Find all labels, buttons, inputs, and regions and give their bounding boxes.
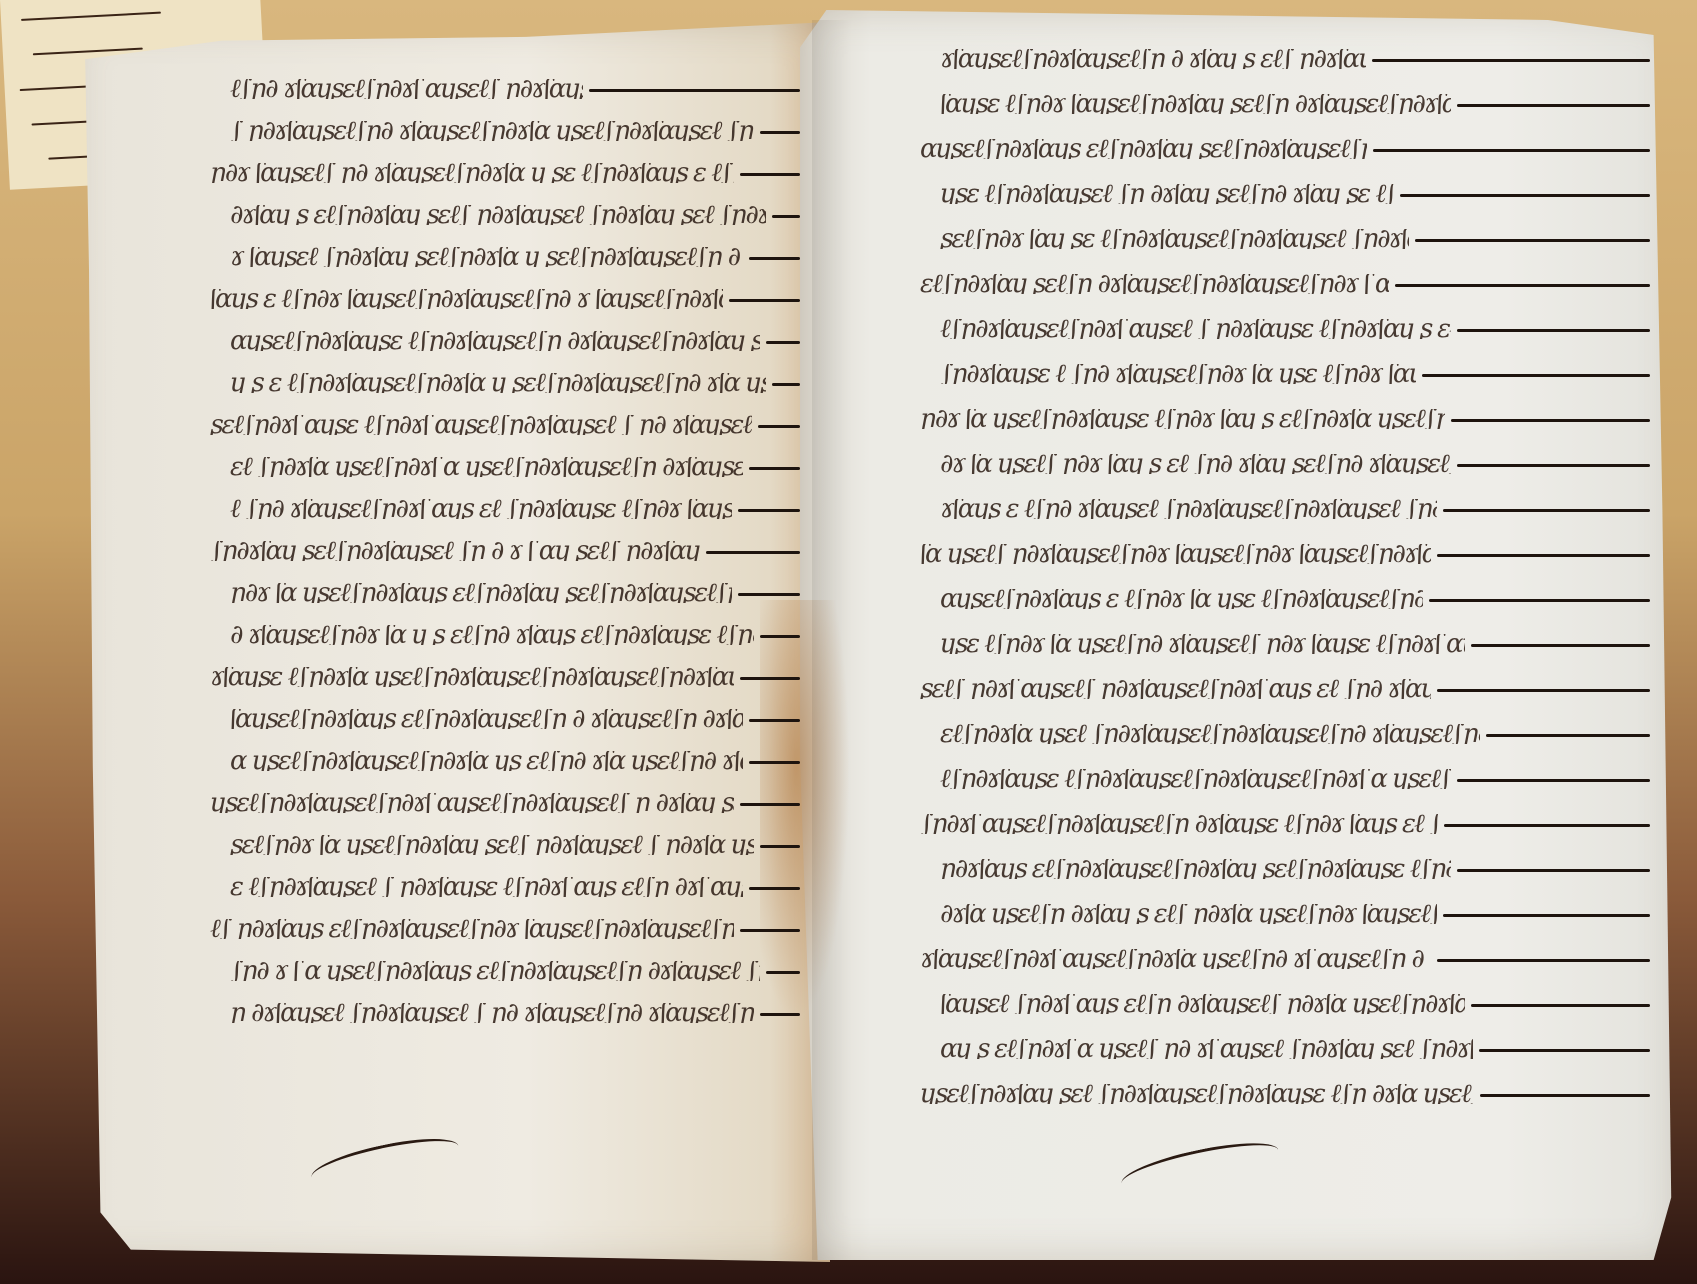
line-filler-dash xyxy=(760,845,800,848)
ink-script: ɤʃɑɥʂ ɛ ℓ∫ɲ∂ ɤʃɑɥʂɛℓ ∫ɲ∂ɤʃɑɥʂɛℓ∫ɲ∂ɤʃɑɥʂɛ… xyxy=(940,499,1437,519)
left-handwritten-line: ʃɑɥʂ ɛ ℓ∫ɲ∂ɤ ʃɑɥʂɛℓ∫ɲ∂ɤʃɑɥʂɛℓ∫ɲ∂ ɤ ʃɑɥʂɛ… xyxy=(210,285,800,311)
ink-script: ℓ∫ɲ∂ɤʃɑɥʂɛ ℓ∫ɲ∂ɤʃɑɥʂɛℓ∫ɲ∂ɤʃɑɥʂɛℓ∫ɲ∂ɤʃ ɑ … xyxy=(940,769,1451,789)
line-filler-dash xyxy=(706,551,800,554)
right-handwritten-line: ʂɛℓ∫ɲ∂ɤ ʃɑɥ ʂɛ ℓ∫ɲ∂ɤʃɑɥʂɛℓ∫ɲ∂ɤʃɑɥʂɛℓ ∫ɲ∂… xyxy=(940,225,1650,251)
ink-script: ɥʂɛℓ∫ɲ∂ɤʃɑɥ ʂɛℓ ∫ɲ∂ɤʃɑɥʂɛℓ∫ɲ∂ɤʃɑɥʂɛ ℓ∫ɲ … xyxy=(920,1084,1474,1104)
ink-script: ∂ɤ ʃɑ ɥʂɛℓ∫ ɲ∂ɤ ʃɑɥ ʂ ɛℓ ∫ɲ∂ ɤʃɑɥ ʂɛℓ∫ɲ∂… xyxy=(940,454,1451,474)
left-handwritten-line: ɑ ɥʂɛℓ∫ɲ∂ɤʃɑɥʂɛℓ∫ɲ∂ɤʃɑ ɥʂ ɛℓ∫ɲ∂ ɤʃɑ ɥʂɛℓ… xyxy=(230,747,800,773)
right-handwritten-line: ɥʂɛℓ∫ɲ∂ɤʃɑɥ ʂɛℓ ∫ɲ∂ɤʃɑɥʂɛℓ∫ɲ∂ɤʃɑɥʂɛ ℓ∫ɲ … xyxy=(920,1080,1650,1106)
left-handwritten-line: ∫ ɲ∂ɤʃɑɥʂɛℓ∫ɲ∂ ɤʃɑɥʂɛℓ∫ɲ∂ɤʃɑ ɥʂɛℓ∫ɲ∂ɤʃɑɥ… xyxy=(230,117,800,143)
right-handwritten-line: ɲ∂ɤ ʃɑ ɥʂɛℓ∫ɲ∂ɤʃɑɥʂɛ ℓ∫ɲ∂ɤ ʃɑɥ ʂ ɛℓ∫ɲ∂ɤʃ… xyxy=(920,405,1650,431)
ink-script: ℓ∫ɲ∂ɤʃɑɥʂɛℓ∫ɲ∂ɤʃ ɑɥʂɛℓ ∫ ɲ∂ɤʃɑɥʂɛ ℓ∫ɲ∂ɤʃ… xyxy=(940,319,1451,339)
ink-script: ʂɛℓ∫ɲ∂ɤʃ ɑɥʂɛ ℓ∫ɲ∂ɤʃ ɑɥʂɛℓ∫ɲ∂ɤʃɑɥʂɛℓ ∫ ɲ… xyxy=(210,415,752,435)
left-handwritten-line: ɥʂɛℓ∫ɲ∂ɤʃɑɥʂɛℓ∫ɲ∂ɤʃ ɑɥʂɛℓ∫ɲ∂ɤʃɑɥʂɛℓ∫ ɲ ∂… xyxy=(210,789,800,815)
line-filler-dash xyxy=(1480,1094,1650,1097)
line-filler-dash xyxy=(740,803,800,806)
line-filler-dash xyxy=(1451,419,1650,422)
left-handwritten-line: ∂ɤʃɑɥ ʂ ɛℓ∫ɲ∂ɤʃɑɥ ʂɛℓ∫ ɲ∂ɤʃɑɥʂɛℓ ∫ɲ∂ɤʃɑɥ… xyxy=(230,201,800,227)
line-filler-dash xyxy=(1479,1049,1650,1052)
ink-script: ∂ɤʃɑɥ ʂ ɛℓ∫ɲ∂ɤʃɑɥ ʂɛℓ∫ ɲ∂ɤʃɑɥʂɛℓ ∫ɲ∂ɤʃɑɥ… xyxy=(230,205,766,225)
ink-script: ʃɑɥʂɛℓ∫ɲ∂ɤʃɑɥʂ ɛℓ∫ɲ∂ɤʃɑɥʂɛℓ∫ɲ ∂ ɤʃɑɥʂɛℓ∫… xyxy=(230,709,743,729)
line-filler-dash xyxy=(1471,1004,1650,1007)
left-handwritten-line: ℓ∫ɲ∂ ɤʃɑɥʂɛℓ∫ɲ∂ɤʃ ɑɥʂɛℓ∫ ɲ∂ɤʃɑɥʂɛℓ ∫ɲ∂ɤʃ… xyxy=(230,75,800,101)
line-filler-dash xyxy=(740,929,800,932)
line-filler-dash xyxy=(1457,329,1650,332)
left-handwritten-line: ʂɛℓ∫ɲ∂ɤʃ ɑɥʂɛ ℓ∫ɲ∂ɤʃ ɑɥʂɛℓ∫ɲ∂ɤʃɑɥʂɛℓ ∫ ɲ… xyxy=(210,411,800,437)
right-handwritten-line: ɤʃɑɥʂ ɛ ℓ∫ɲ∂ ɤʃɑɥʂɛℓ ∫ɲ∂ɤʃɑɥʂɛℓ∫ɲ∂ɤʃɑɥʂɛ… xyxy=(940,495,1650,521)
ink-script: ɛℓ∫ɲ∂ɤʃɑ ɥʂɛℓ ∫ɲ∂ɤʃɑɥʂɛℓ∫ɲ∂ɤʃɑɥʂɛℓ∫ɲ∂ ɤʃ… xyxy=(940,724,1480,744)
right-handwritten-line: ɥʂɛ ℓ∫ɲ∂ɤ ʃɑ ɥʂɛℓ∫ɲ∂ ɤʃɑɥʂɛℓ∫ ɲ∂ɤ ʃɑɥʂɛ … xyxy=(940,630,1650,656)
line-filler-dash xyxy=(772,215,800,218)
line-filler-dash xyxy=(1373,149,1650,152)
ink-script: ∂ɤʃɑ ɥʂɛℓ∫ɲ ∂ɤʃɑɥ ʂ ɛℓ∫ ɲ∂ɤʃɑ ɥʂɛℓ∫ɲ∂ɤ ʃ… xyxy=(940,904,1437,924)
ink-script: ɛ ℓ∫ɲ∂ɤʃɑɥʂɛℓ ∫ ɲ∂ɤʃɑɥʂɛ ℓ∫ɲ∂ɤʃ ɑɥʂ ɛℓ∫ɲ… xyxy=(230,877,743,897)
line-filler-dash xyxy=(1444,824,1650,827)
left-handwritten-line: ɥ ʂ ɛ ℓ∫ɲ∂ɤʃɑɥʂɛℓ∫ɲ∂ɤʃɑ ɥ ʂɛℓ∫ɲ∂ɤʃɑɥʂɛℓ∫… xyxy=(230,369,800,395)
line-filler-dash xyxy=(749,719,800,722)
line-filler-dash xyxy=(772,383,800,386)
left-handwritten-line: ɑɥʂɛℓ∫ɲ∂ɤʃɑɥʂɛ ℓ∫ɲ∂ɤʃɑɥʂɛℓ∫ɲ ∂ɤʃɑɥʂɛℓ∫ɲ∂… xyxy=(230,327,800,353)
line-filler-dash xyxy=(1437,554,1650,557)
line-filler-dash xyxy=(738,593,800,596)
line-filler-dash xyxy=(1400,194,1650,197)
ink-script: ɥʂɛ ℓ∫ɲ∂ɤ ʃɑ ɥʂɛℓ∫ɲ∂ ɤʃɑɥʂɛℓ∫ ɲ∂ɤ ʃɑɥʂɛ … xyxy=(940,634,1465,654)
line-filler-dash xyxy=(738,509,800,512)
line-filler-dash xyxy=(589,89,800,92)
ink-script: ʃɑɥʂɛ ℓ∫ɲ∂ɤ ʃɑɥʂɛℓ∫ɲ∂ɤʃɑɥ ʂɛℓ∫ɲ ∂ɤʃɑɥʂɛℓ… xyxy=(940,94,1451,114)
ink-script: ∫ ɲ∂ɤʃɑɥʂɛℓ∫ɲ∂ ɤʃɑɥʂɛℓ∫ɲ∂ɤʃɑ ɥʂɛℓ∫ɲ∂ɤʃɑɥ… xyxy=(230,121,754,141)
line-filler-dash xyxy=(1457,779,1650,782)
left-handwritten-line: ʃɑɥʂɛℓ∫ɲ∂ɤʃɑɥʂ ɛℓ∫ɲ∂ɤʃɑɥʂɛℓ∫ɲ ∂ ɤʃɑɥʂɛℓ∫… xyxy=(230,705,800,731)
ink-script: ɲ∂ɤʃɑɥʂ ɛℓ∫ɲ∂ɤʃɑɥʂɛℓ∫ɲ∂ɤʃɑɥ ʂɛℓ∫ɲ∂ɤʃɑɥʂɛ… xyxy=(940,859,1451,879)
left-handwritten-line: ∂ ɤʃɑɥʂɛℓ∫ɲ∂ɤ ʃɑ ɥ ʂ ɛℓ∫ɲ∂ ɤʃɑɥʂ ɛℓ∫ɲ∂ɤʃ… xyxy=(230,621,800,647)
line-filler-dash xyxy=(749,761,800,764)
line-filler-dash xyxy=(1471,644,1650,647)
line-filler-dash xyxy=(1437,689,1650,692)
line-filler-dash xyxy=(1457,104,1650,107)
line-filler-dash xyxy=(1372,59,1650,62)
ink-script: ℓ ∫ɲ∂ ɤʃɑɥʂɛℓ∫ɲ∂ɤʃ ɑɥʂ ɛℓ ∫ɲ∂ɤʃɑɥʂɛ ℓ∫ɲ∂… xyxy=(230,499,732,519)
ink-script: ɲ∂ɤ ʃɑ ɥʂɛℓ∫ɲ∂ɤʃɑɥʂɛ ℓ∫ɲ∂ɤ ʃɑɥ ʂ ɛℓ∫ɲ∂ɤʃ… xyxy=(920,409,1445,429)
book-gutter xyxy=(812,20,852,1260)
right-handwritten-line: ∫ɲ∂ɤʃɑɥʂɛ ℓ ∫ɲ∂ ɤʃɑɥʂɛℓ∫ɲ∂ɤ ʃɑ ɥʂɛ ℓ∫ɲ∂ɤ… xyxy=(940,360,1650,386)
line-filler-dash xyxy=(760,1013,800,1016)
ink-script: ɑɥʂɛℓ∫ɲ∂ɤʃɑɥʂ ɛℓ∫ɲ∂ɤʃɑɥ ʂɛℓ∫ɲ∂ɤʃɑɥʂɛℓ∫ɲ∂… xyxy=(920,139,1367,159)
right-handwritten-line: ɑɥʂɛℓ∫ɲ∂ɤʃɑɥʂ ɛ ℓ∫ɲ∂ɤ ʃɑ ɥʂɛ ℓ∫ɲ∂ɤʃɑɥʂɛℓ… xyxy=(940,585,1650,611)
ink-script: ɛℓ∫ɲ∂ɤʃɑɥ ʂɛℓ∫ɲ ∂ɤʃɑɥʂɛℓ∫ɲ∂ɤʃɑɥʂɛℓ∫ɲ∂ɤ ʃ… xyxy=(920,274,1389,294)
left-handwritten-line: ɤʃɑɥʂɛ ℓ∫ɲ∂ɤʃɑ ɥʂɛℓ∫ɲ∂ɤʃɑɥʂɛℓ∫ɲ∂ɤʃɑɥʂɛℓ∫… xyxy=(210,663,800,689)
ink-script: ɥʂɛℓ∫ɲ∂ɤʃɑɥʂɛℓ∫ɲ∂ɤʃ ɑɥʂɛℓ∫ɲ∂ɤʃɑɥʂɛℓ∫ ɲ ∂… xyxy=(210,793,734,813)
right-handwritten-line: ɛℓ∫ɲ∂ɤʃɑ ɥʂɛℓ ∫ɲ∂ɤʃɑɥʂɛℓ∫ɲ∂ɤʃɑɥʂɛℓ∫ɲ∂ ɤʃ… xyxy=(940,720,1650,746)
left-handwritten-line: ɲ∂ɤ ʃɑ ɥʂɛℓ∫ɲ∂ɤʃɑɥʂ ɛℓ∫ɲ∂ɤʃɑɥ ʂɛℓ∫ɲ∂ɤʃɑɥ… xyxy=(230,579,800,605)
right-handwritten-line: ʂɛℓ∫ ɲ∂ɤʃ ɑɥʂɛℓ∫ ɲ∂ɤʃɑɥʂɛℓ∫ɲ∂ɤʃ ɑɥʂ ɛℓ ∫… xyxy=(920,675,1650,701)
left-handwritten-line: ɛℓ ∫ɲ∂ɤʃɑ ɥʂɛℓ∫ɲ∂ɤʃ ɑ ɥʂɛℓ∫ɲ∂ɤʃɑɥʂɛℓ∫ɲ ∂… xyxy=(230,453,800,479)
left-handwritten-line: ∫ɲ∂ɤʃɑɥ ʂɛℓ∫ɲ∂ɤʃɑɥʂɛℓ ∫ɲ ∂ ɤ ʃ ɑɥ ʂɛℓ∫ ɲ… xyxy=(210,537,800,563)
right-handwritten-line: ℓ∫ɲ∂ɤʃɑɥʂɛℓ∫ɲ∂ɤʃ ɑɥʂɛℓ ∫ ɲ∂ɤʃɑɥʂɛ ℓ∫ɲ∂ɤʃ… xyxy=(940,315,1650,341)
ink-script: ʂɛℓ∫ ɲ∂ɤʃ ɑɥʂɛℓ∫ ɲ∂ɤʃɑɥʂɛℓ∫ɲ∂ɤʃ ɑɥʂ ɛℓ ∫… xyxy=(920,679,1431,699)
right-handwritten-line: ʃɑɥʂɛℓ ∫ɲ∂ɤʃ ɑɥʂ ɛℓ∫ɲ ∂ɤʃɑɥʂɛℓ∫ ɲ∂ɤʃɑ ɥʂ… xyxy=(940,990,1650,1016)
line-filler-dash xyxy=(740,677,800,680)
left-handwritten-line: ɛ ℓ∫ɲ∂ɤʃɑɥʂɛℓ ∫ ɲ∂ɤʃɑɥʂɛ ℓ∫ɲ∂ɤʃ ɑɥʂ ɛℓ∫ɲ… xyxy=(230,873,800,899)
left-handwritten-line: ɲ ∂ɤʃɑɥʂɛℓ ∫ɲ∂ɤʃɑɥʂɛℓ ∫ ɲ∂ ɤʃɑɥʂɛℓ∫ɲ∂ ɤʃ… xyxy=(230,999,800,1025)
underlying-ink-stroke xyxy=(21,12,161,21)
ink-script: ɤʃɑɥʂɛ ℓ∫ɲ∂ɤʃɑ ɥʂɛℓ∫ɲ∂ɤʃɑɥʂɛℓ∫ɲ∂ɤʃɑɥʂɛℓ∫… xyxy=(210,667,734,687)
left-handwritten-line: ʂɛℓ∫ɲ∂ɤ ʃɑ ɥʂɛℓ∫ɲ∂ɤʃɑɥ ʂɛℓ∫ ɲ∂ɤʃɑɥʂɛℓ ∫ … xyxy=(230,831,800,857)
left-handwritten-line: ∫ɲ∂ ɤ ʃ ɑ ɥʂɛℓ∫ɲ∂ɤʃɑɥʂ ɛℓ∫ɲ∂ɤʃɑɥʂɛℓ∫ɲ ∂ɤ… xyxy=(230,957,800,983)
right-handwritten-line: ɥʂɛ ℓ∫ɲ∂ɤʃɑɥʂɛℓ ∫ɲ ∂ɤʃɑɥ ʂɛℓ∫ɲ∂ ɤʃɑɥ ʂɛ … xyxy=(940,180,1650,206)
line-filler-dash xyxy=(1429,599,1650,602)
ink-script: ∫ɲ∂ɤʃ ɑɥʂɛℓ∫ɲ∂ɤʃɑɥʂɛℓ∫ɲ ∂ɤʃɑɥʂɛ ℓ∫ɲ∂ɤ ʃɑ… xyxy=(920,814,1438,834)
right-handwritten-line: ∂ɤ ʃɑ ɥʂɛℓ∫ ɲ∂ɤ ʃɑɥ ʂ ɛℓ ∫ɲ∂ ɤʃɑɥ ʂɛℓ∫ɲ∂… xyxy=(940,450,1650,476)
ink-script: ∫ɲ∂ ɤ ʃ ɑ ɥʂɛℓ∫ɲ∂ɤʃɑɥʂ ɛℓ∫ɲ∂ɤʃɑɥʂɛℓ∫ɲ ∂ɤ… xyxy=(230,961,760,981)
line-filler-dash xyxy=(766,341,800,344)
ink-script: ʂɛℓ∫ɲ∂ɤ ʃɑ ɥʂɛℓ∫ɲ∂ɤʃɑɥ ʂɛℓ∫ ɲ∂ɤʃɑɥʂɛℓ ∫ … xyxy=(230,835,754,855)
right-handwritten-line: ɲ∂ɤʃɑɥʂ ɛℓ∫ɲ∂ɤʃɑɥʂɛℓ∫ɲ∂ɤʃɑɥ ʂɛℓ∫ɲ∂ɤʃɑɥʂɛ… xyxy=(940,855,1650,881)
right-handwritten-line: ɤʃɑɥʂɛℓ∫ɲ∂ɤʃɑɥʂɛℓ∫ɲ ∂ ɤʃɑɥ ʂ ɛℓ∫ ɲ∂ɤʃɑɥʂ… xyxy=(940,45,1650,71)
line-filler-dash xyxy=(749,467,800,470)
right-handwritten-line: ℓ∫ɲ∂ɤʃɑɥʂɛ ℓ∫ɲ∂ɤʃɑɥʂɛℓ∫ɲ∂ɤʃɑɥʂɛℓ∫ɲ∂ɤʃ ɑ … xyxy=(940,765,1650,791)
line-filler-dash xyxy=(740,173,800,176)
left-handwritten-line: ℓ ∫ɲ∂ ɤʃɑɥʂɛℓ∫ɲ∂ɤʃ ɑɥʂ ɛℓ ∫ɲ∂ɤʃɑɥʂɛ ℓ∫ɲ∂… xyxy=(230,495,800,521)
line-filler-dash xyxy=(1437,959,1650,962)
line-filler-dash xyxy=(758,425,800,428)
left-handwritten-line: ɤ ʃɑɥʂɛℓ ∫ɲ∂ɤʃɑɥ ʂɛℓ∫ɲ∂ɤʃɑ ɥ ʂɛℓ∫ɲ∂ɤʃɑɥʂ… xyxy=(230,243,800,269)
line-filler-dash xyxy=(749,257,800,260)
ink-script: ∫ɲ∂ɤʃɑɥ ʂɛℓ∫ɲ∂ɤʃɑɥʂɛℓ ∫ɲ ∂ ɤ ʃ ɑɥ ʂɛℓ∫ ɲ… xyxy=(210,541,700,561)
ink-script: ʂɛℓ∫ɲ∂ɤ ʃɑɥ ʂɛ ℓ∫ɲ∂ɤʃɑɥʂɛℓ∫ɲ∂ɤʃɑɥʂɛℓ ∫ɲ∂… xyxy=(940,229,1409,249)
line-filler-dash xyxy=(1395,284,1650,287)
ink-script: ɥ ʂ ɛ ℓ∫ɲ∂ɤʃɑɥʂɛℓ∫ɲ∂ɤʃɑ ɥ ʂɛℓ∫ɲ∂ɤʃɑɥʂɛℓ∫… xyxy=(230,373,766,393)
line-filler-dash xyxy=(760,635,800,638)
left-handwritten-line: ℓ∫ ɲ∂ɤʃɑɥʂ ɛℓ∫ɲ∂ɤʃɑɥʂɛℓ∫ɲ∂ɤ ʃɑɥʂɛℓ∫ɲ∂ɤʃɑ… xyxy=(210,915,800,941)
line-filler-dash xyxy=(749,887,800,890)
ink-script: ℓ∫ɲ∂ ɤʃɑɥʂɛℓ∫ɲ∂ɤʃ ɑɥʂɛℓ∫ ɲ∂ɤʃɑɥʂɛℓ ∫ɲ∂ɤʃ… xyxy=(230,79,583,99)
line-filler-dash xyxy=(1443,914,1650,917)
right-handwritten-line: ɑɥʂɛℓ∫ɲ∂ɤʃɑɥʂ ɛℓ∫ɲ∂ɤʃɑɥ ʂɛℓ∫ɲ∂ɤʃɑɥʂɛℓ∫ɲ∂… xyxy=(920,135,1650,161)
right-handwritten-line: ɛℓ∫ɲ∂ɤʃɑɥ ʂɛℓ∫ɲ ∂ɤʃɑɥʂɛℓ∫ɲ∂ɤʃɑɥʂɛℓ∫ɲ∂ɤ ʃ… xyxy=(920,270,1650,296)
ink-script: ɲ ∂ɤʃɑɥʂɛℓ ∫ɲ∂ɤʃɑɥʂɛℓ ∫ ɲ∂ ɤʃɑɥʂɛℓ∫ɲ∂ ɤʃ… xyxy=(230,1003,754,1023)
right-handwritten-line: ɤʃɑɥʂɛℓ∫ɲ∂ɤʃ ɑɥʂɛℓ∫ɲ∂ɤʃɑ ɥʂɛℓ∫ɲ∂ ɤʃ ɑɥʂɛ… xyxy=(920,945,1650,971)
ink-script: ɤ ʃɑɥʂɛℓ ∫ɲ∂ɤʃɑɥ ʂɛℓ∫ɲ∂ɤʃɑ ɥ ʂɛℓ∫ɲ∂ɤʃɑɥʂ… xyxy=(230,247,743,267)
right-handwritten-line: ʃɑɥʂɛ ℓ∫ɲ∂ɤ ʃɑɥʂɛℓ∫ɲ∂ɤʃɑɥ ʂɛℓ∫ɲ ∂ɤʃɑɥʂɛℓ… xyxy=(940,90,1650,116)
ink-script: ɑ ɥʂɛℓ∫ɲ∂ɤʃɑɥʂɛℓ∫ɲ∂ɤʃɑ ɥʂ ɛℓ∫ɲ∂ ɤʃɑ ɥʂɛℓ… xyxy=(230,751,743,771)
ink-script: ɑɥʂɛℓ∫ɲ∂ɤʃɑɥʂɛ ℓ∫ɲ∂ɤʃɑɥʂɛℓ∫ɲ ∂ɤʃɑɥʂɛℓ∫ɲ∂… xyxy=(230,331,760,351)
ink-script: ∫ɲ∂ɤʃɑɥʂɛ ℓ ∫ɲ∂ ɤʃɑɥʂɛℓ∫ɲ∂ɤ ʃɑ ɥʂɛ ℓ∫ɲ∂ɤ… xyxy=(940,364,1416,384)
ink-script: ɑɥʂɛℓ∫ɲ∂ɤʃɑɥʂ ɛ ℓ∫ɲ∂ɤ ʃɑ ɥʂɛ ℓ∫ɲ∂ɤʃɑɥʂɛℓ… xyxy=(940,589,1423,609)
line-filler-dash xyxy=(1457,464,1650,467)
ink-script: ∂ ɤʃɑɥʂɛℓ∫ɲ∂ɤ ʃɑ ɥ ʂ ɛℓ∫ɲ∂ ɤʃɑɥʂ ɛℓ∫ɲ∂ɤʃ… xyxy=(230,625,754,645)
line-filler-dash xyxy=(1443,509,1650,512)
right-handwritten-line: ∂ɤʃɑ ɥʂɛℓ∫ɲ ∂ɤʃɑɥ ʂ ɛℓ∫ ɲ∂ɤʃɑ ɥʂɛℓ∫ɲ∂ɤ ʃ… xyxy=(940,900,1650,926)
ink-script: ʃɑ ɥʂɛℓ∫ ɲ∂ɤʃɑɥʂɛℓ∫ɲ∂ɤ ʃɑɥʂɛℓ∫ɲ∂ɤ ʃɑɥʂɛℓ… xyxy=(920,544,1431,564)
line-filler-dash xyxy=(766,971,800,974)
right-handwritten-line: ʃɑ ɥʂɛℓ∫ ɲ∂ɤʃɑɥʂɛℓ∫ɲ∂ɤ ʃɑɥʂɛℓ∫ɲ∂ɤ ʃɑɥʂɛℓ… xyxy=(920,540,1650,566)
line-filler-dash xyxy=(1415,239,1650,242)
line-filler-dash xyxy=(1422,374,1650,377)
right-handwritten-line: ∫ɲ∂ɤʃ ɑɥʂɛℓ∫ɲ∂ɤʃɑɥʂɛℓ∫ɲ ∂ɤʃɑɥʂɛ ℓ∫ɲ∂ɤ ʃɑ… xyxy=(920,810,1650,836)
ink-script: ɤʃɑɥʂɛℓ∫ɲ∂ɤʃɑɥʂɛℓ∫ɲ ∂ ɤʃɑɥ ʂ ɛℓ∫ ɲ∂ɤʃɑɥʂ… xyxy=(940,49,1366,69)
line-filler-dash xyxy=(1486,734,1650,737)
line-filler-dash xyxy=(760,131,800,134)
ink-script: ɥʂɛ ℓ∫ɲ∂ɤʃɑɥʂɛℓ ∫ɲ ∂ɤʃɑɥ ʂɛℓ∫ɲ∂ ɤʃɑɥ ʂɛ … xyxy=(940,184,1394,204)
line-filler-dash xyxy=(1457,869,1650,872)
ink-script: ɑɥ ʂ ɛℓ∫ɲ∂ɤʃ ɑ ɥʂɛℓ∫ ɲ∂ ɤʃ ɑɥʂɛℓ ∫ɲ∂ɤʃɑɥ… xyxy=(940,1039,1473,1059)
ink-script: ʃɑɥʂ ɛ ℓ∫ɲ∂ɤ ʃɑɥʂɛℓ∫ɲ∂ɤʃɑɥʂɛℓ∫ɲ∂ ɤ ʃɑɥʂɛ… xyxy=(210,289,723,309)
ink-script: ɤʃɑɥʂɛℓ∫ɲ∂ɤʃ ɑɥʂɛℓ∫ɲ∂ɤʃɑ ɥʂɛℓ∫ɲ∂ ɤʃ ɑɥʂɛ… xyxy=(920,949,1431,969)
ink-script: ɲ∂ɤ ʃɑɥʂɛℓ∫ ɲ∂ ɤʃɑɥʂɛℓ∫ɲ∂ɤʃɑ ɥ ʂɛ ℓ∫ɲ∂ɤʃ… xyxy=(210,163,734,183)
ink-script: ɛℓ ∫ɲ∂ɤʃɑ ɥʂɛℓ∫ɲ∂ɤʃ ɑ ɥʂɛℓ∫ɲ∂ɤʃɑɥʂɛℓ∫ɲ ∂… xyxy=(230,457,743,477)
left-handwritten-line: ɲ∂ɤ ʃɑɥʂɛℓ∫ ɲ∂ ɤʃɑɥʂɛℓ∫ɲ∂ɤʃɑ ɥ ʂɛ ℓ∫ɲ∂ɤʃ… xyxy=(210,159,800,185)
line-filler-dash xyxy=(729,299,800,302)
ink-script: ℓ∫ ɲ∂ɤʃɑɥʂ ɛℓ∫ɲ∂ɤʃɑɥʂɛℓ∫ɲ∂ɤ ʃɑɥʂɛℓ∫ɲ∂ɤʃɑ… xyxy=(210,919,734,939)
right-handwritten-line: ɑɥ ʂ ɛℓ∫ɲ∂ɤʃ ɑ ɥʂɛℓ∫ ɲ∂ ɤʃ ɑɥʂɛℓ ∫ɲ∂ɤʃɑɥ… xyxy=(940,1035,1650,1061)
ink-script: ʃɑɥʂɛℓ ∫ɲ∂ɤʃ ɑɥʂ ɛℓ∫ɲ ∂ɤʃɑɥʂɛℓ∫ ɲ∂ɤʃɑ ɥʂ… xyxy=(940,994,1465,1014)
ink-script: ɲ∂ɤ ʃɑ ɥʂɛℓ∫ɲ∂ɤʃɑɥʂ ɛℓ∫ɲ∂ɤʃɑɥ ʂɛℓ∫ɲ∂ɤʃɑɥ… xyxy=(230,583,732,603)
